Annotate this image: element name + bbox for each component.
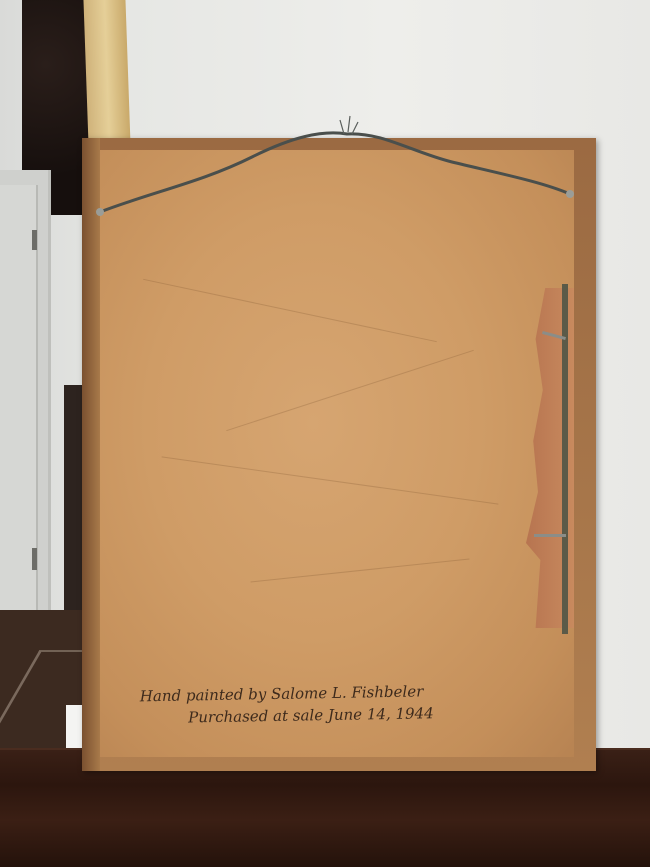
hanging-wire [92, 112, 582, 222]
backing-paper [100, 150, 574, 757]
nail-icon [534, 534, 566, 537]
hinge-icon [32, 230, 37, 250]
paper-crease [251, 559, 470, 583]
picture-frame-back [82, 138, 596, 771]
paper-crease [226, 350, 474, 431]
paper-crease [162, 456, 499, 504]
photo-scene: Hand painted by Salome L. Fishbeler Purc… [0, 0, 650, 867]
handwritten-inscription: Hand painted by Salome L. Fishbeler Purc… [140, 679, 521, 730]
hinge-icon [32, 548, 37, 570]
frame-edge [82, 138, 100, 771]
paper-crease [143, 279, 437, 342]
